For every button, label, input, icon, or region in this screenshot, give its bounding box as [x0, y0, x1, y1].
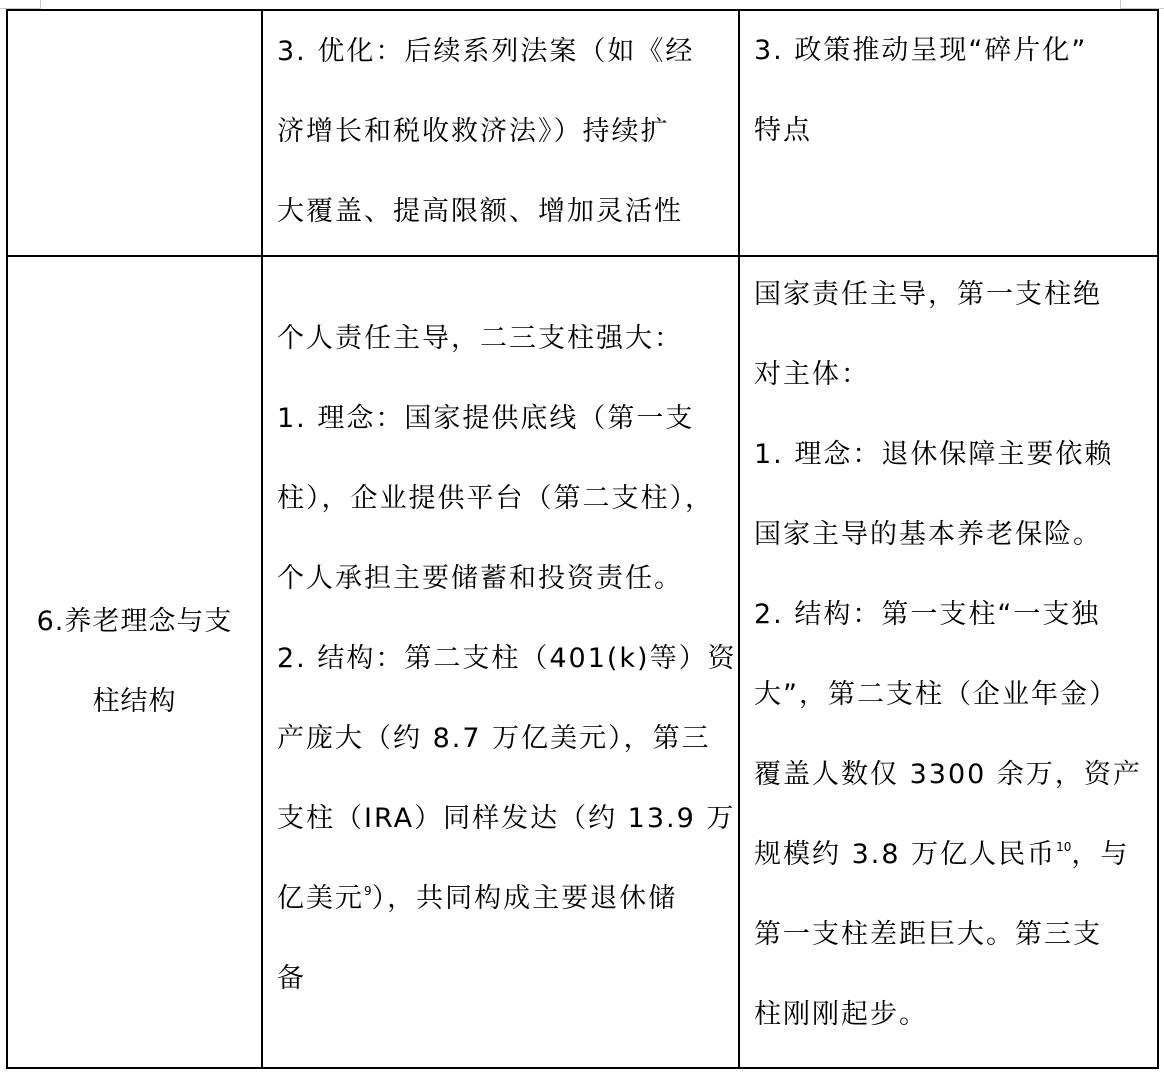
row-label-line: 柱结构 [12, 662, 257, 742]
text-line: 2. 结构：第一支柱“一支独 [754, 575, 1149, 655]
text-line: 产庞大（约 8.7 万亿美元），第三 [277, 699, 730, 779]
cn-column-cell: 3. 政策推动呈现“碎片化” 特点 [739, 10, 1158, 256]
text-line: 特点 [754, 91, 1149, 171]
page-corner-mark-top-right [1120, 0, 1164, 9]
text-line: 柱刚刚起步。 [754, 975, 1149, 1055]
page-corner-mark-top-left [0, 0, 41, 9]
text-line: 个人承担主要储蓄和投资责任。 [277, 539, 730, 619]
text-line: 支柱（IRA）同样发达（约 13.9 万 [277, 779, 730, 859]
text-line: 2. 结构：第二支柱（401(k)等）资 [277, 619, 730, 699]
text-line: 覆盖人数仅 3300 余万，资产 [754, 735, 1149, 815]
us-column-cell: 3. 优化：后续系列法案（如《经 济增长和税收救济法》）持续扩 大覆盖、提高限额… [262, 10, 739, 256]
footnote-ref-10[interactable]: 10 [1056, 840, 1071, 854]
text-fragment: 规模约 3.8 万亿人民币 [754, 839, 1056, 870]
text-line: 国家责任主导，第一支柱绝 [754, 255, 1149, 335]
text-line: 国家主导的基本养老保险。 [754, 495, 1149, 575]
text-fragment: ，与 [1071, 839, 1129, 870]
text-line: 济增长和税收救济法》）持续扩 [277, 92, 730, 172]
row-label-cell: 6.养老理念与支 柱结构 [7, 256, 262, 1068]
text-line-with-footnote: 规模约 3.8 万亿人民币10，与 [754, 815, 1149, 895]
text-fragment: 亿美元 [277, 883, 364, 914]
text-line: 1. 理念：退休保障主要依赖 [754, 415, 1149, 495]
footnote-ref-9[interactable]: 9 [364, 884, 372, 898]
text-line: 3. 优化：后续系列法案（如《经 [277, 12, 730, 92]
text-line: 1. 理念：国家提供底线（第一支 [277, 379, 730, 459]
text-line: 大覆盖、提高限额、增加灵活性 [277, 172, 730, 252]
text-line-with-footnote: 亿美元9），共同构成主要退休储 [277, 859, 730, 939]
text-line: 备 [277, 939, 730, 1019]
text-line: 大”，第二支柱（企业年金） [754, 655, 1149, 735]
text-fragment: ），共同构成主要退休储 [372, 883, 678, 914]
table-row-continued: 3. 优化：后续系列法案（如《经 济增长和税收救济法》）持续扩 大覆盖、提高限额… [7, 10, 1158, 256]
us-column-cell: 个人责任主导，二三支柱强大： 1. 理念：国家提供底线（第一支 柱），企业提供平… [262, 256, 739, 1068]
comparison-table: 3. 优化：后续系列法案（如《经 济增长和税收救济法》）持续扩 大覆盖、提高限额… [6, 9, 1159, 1069]
text-line: 3. 政策推动呈现“碎片化” [754, 11, 1149, 91]
table-row-pension-philosophy: 6.养老理念与支 柱结构 个人责任主导，二三支柱强大： 1. 理念：国家提供底线… [7, 256, 1158, 1068]
text-line: 第一支柱差距巨大。第三支 [754, 895, 1149, 975]
text-line: 对主体： [754, 335, 1149, 415]
row-label-cell-empty [7, 10, 262, 256]
text-line: 柱），企业提供平台（第二支柱）， [277, 459, 730, 539]
cn-column-cell: 国家责任主导，第一支柱绝 对主体： 1. 理念：退休保障主要依赖 国家主导的基本… [739, 256, 1158, 1068]
row-label-line: 6.养老理念与支 [12, 582, 257, 662]
text-line: 个人责任主导，二三支柱强大： [277, 299, 730, 379]
